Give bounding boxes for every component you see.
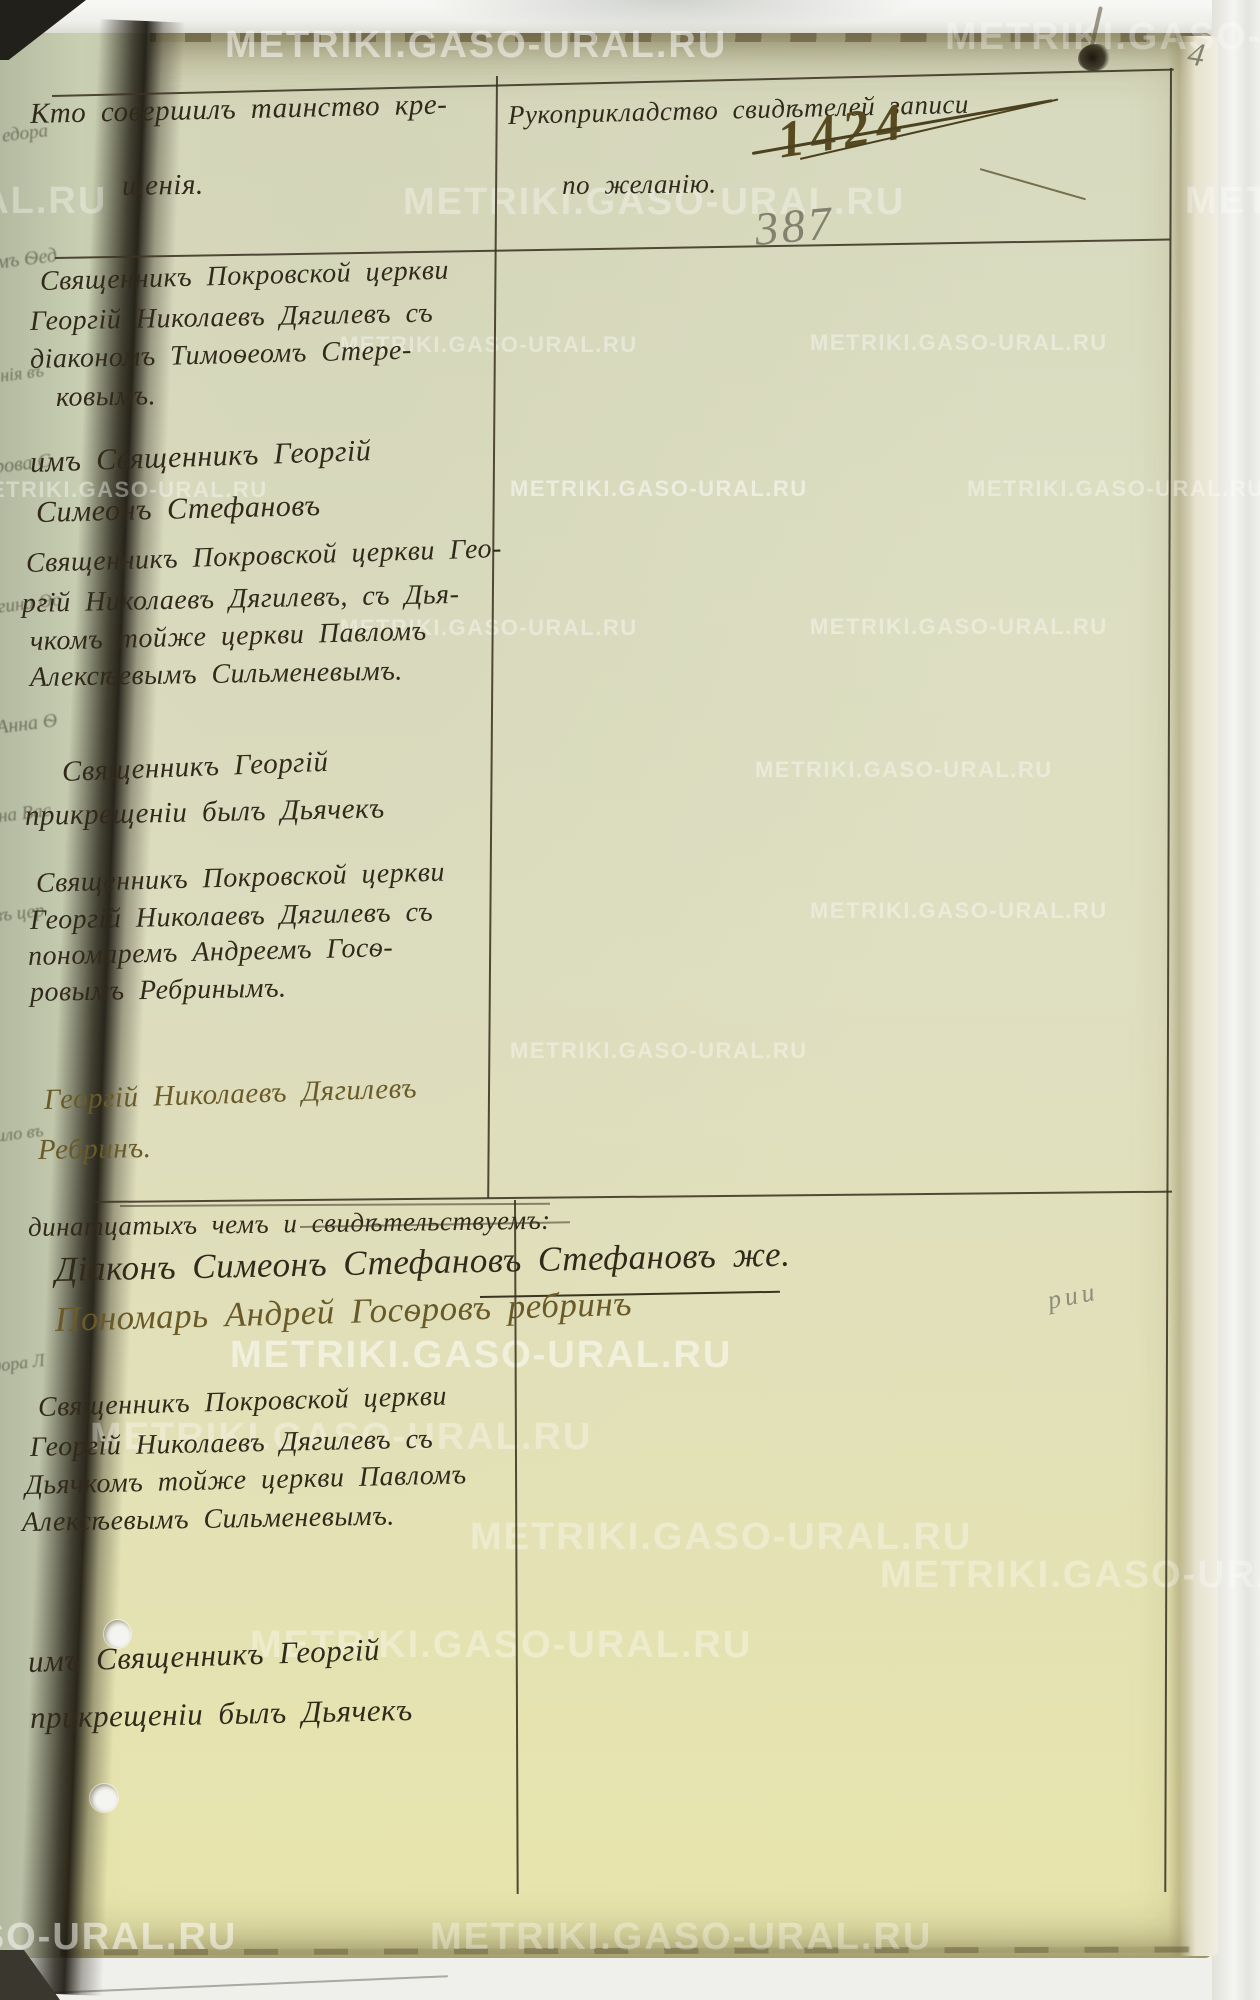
- entry-line: Алексѣевымъ Сильменевымъ.: [30, 655, 403, 694]
- gutter-text-fragment: дора Л: [0, 1350, 46, 1377]
- archive-watermark: METRIKI.GASO-URAL.RU: [755, 757, 1053, 783]
- archive-watermark: METRIKI.GASO-URAL.RU: [230, 1334, 732, 1377]
- archive-watermark: METRIKI.GASO-URAL.RU: [0, 24, 2, 67]
- archive-watermark: METRIKI.GASO-URAL.RU: [1185, 180, 1260, 223]
- archive-watermark: METRIKI.GASO-URAL.RU: [967, 476, 1260, 502]
- gutter-text-fragment: Анна Ѳ: [0, 709, 59, 739]
- archive-watermark: METRIKI.GASO-URAL.RU: [0, 180, 107, 223]
- header-left-line2: щенія.: [122, 169, 204, 203]
- scanner-background-right: [1212, 0, 1260, 2000]
- scanner-background-bottom: [0, 1952, 1260, 2000]
- archive-watermark: METRIKI.GASO-URAL.RU: [510, 1038, 808, 1064]
- pencil-page-number: 387: [753, 196, 837, 257]
- archive-watermark: METRIKI.GASO-URAL.RU: [0, 1916, 237, 1959]
- archive-watermark: METRIKI.GASO-URAL.RU: [430, 1916, 932, 1959]
- punch-hole: [90, 1784, 118, 1812]
- entry-line: Ребринъ.: [38, 1132, 152, 1167]
- entry-line: Алексѣевымъ Сильменевымъ.: [22, 1500, 395, 1539]
- archive-watermark: METRIKI.GASO-URAL.RU: [880, 1554, 1260, 1597]
- archive-watermark: METRIKI.GASO-URAL.RU: [510, 476, 808, 502]
- entry-line: ковымъ.: [56, 380, 157, 414]
- torn-right-edge: [1168, 36, 1218, 1956]
- header-right-line2: по желанію.: [562, 168, 717, 201]
- ink-blot: [1078, 44, 1110, 71]
- archive-watermark: METRIKI.GASO-URAL.RU: [810, 898, 1108, 924]
- punch-hole: [104, 1620, 131, 1648]
- archive-watermark: METRIKI.GASO-URAL.RU: [470, 1516, 972, 1559]
- archive-watermark: METRIKI.GASO-URAL.RU: [810, 614, 1108, 640]
- scanned-document-page: едора мъ Ѳед нія въ рова С гина Ѳо Анна …: [0, 0, 1260, 2000]
- archive-watermark: METRIKI.GASO-URAL.RU: [225, 24, 727, 67]
- entry-line: Симеонъ Стефановъ: [36, 489, 321, 530]
- archive-watermark: METRIKI.GASO-URAL.RU: [810, 330, 1108, 356]
- entry-line: ровымъ Ребринымъ.: [30, 973, 287, 1009]
